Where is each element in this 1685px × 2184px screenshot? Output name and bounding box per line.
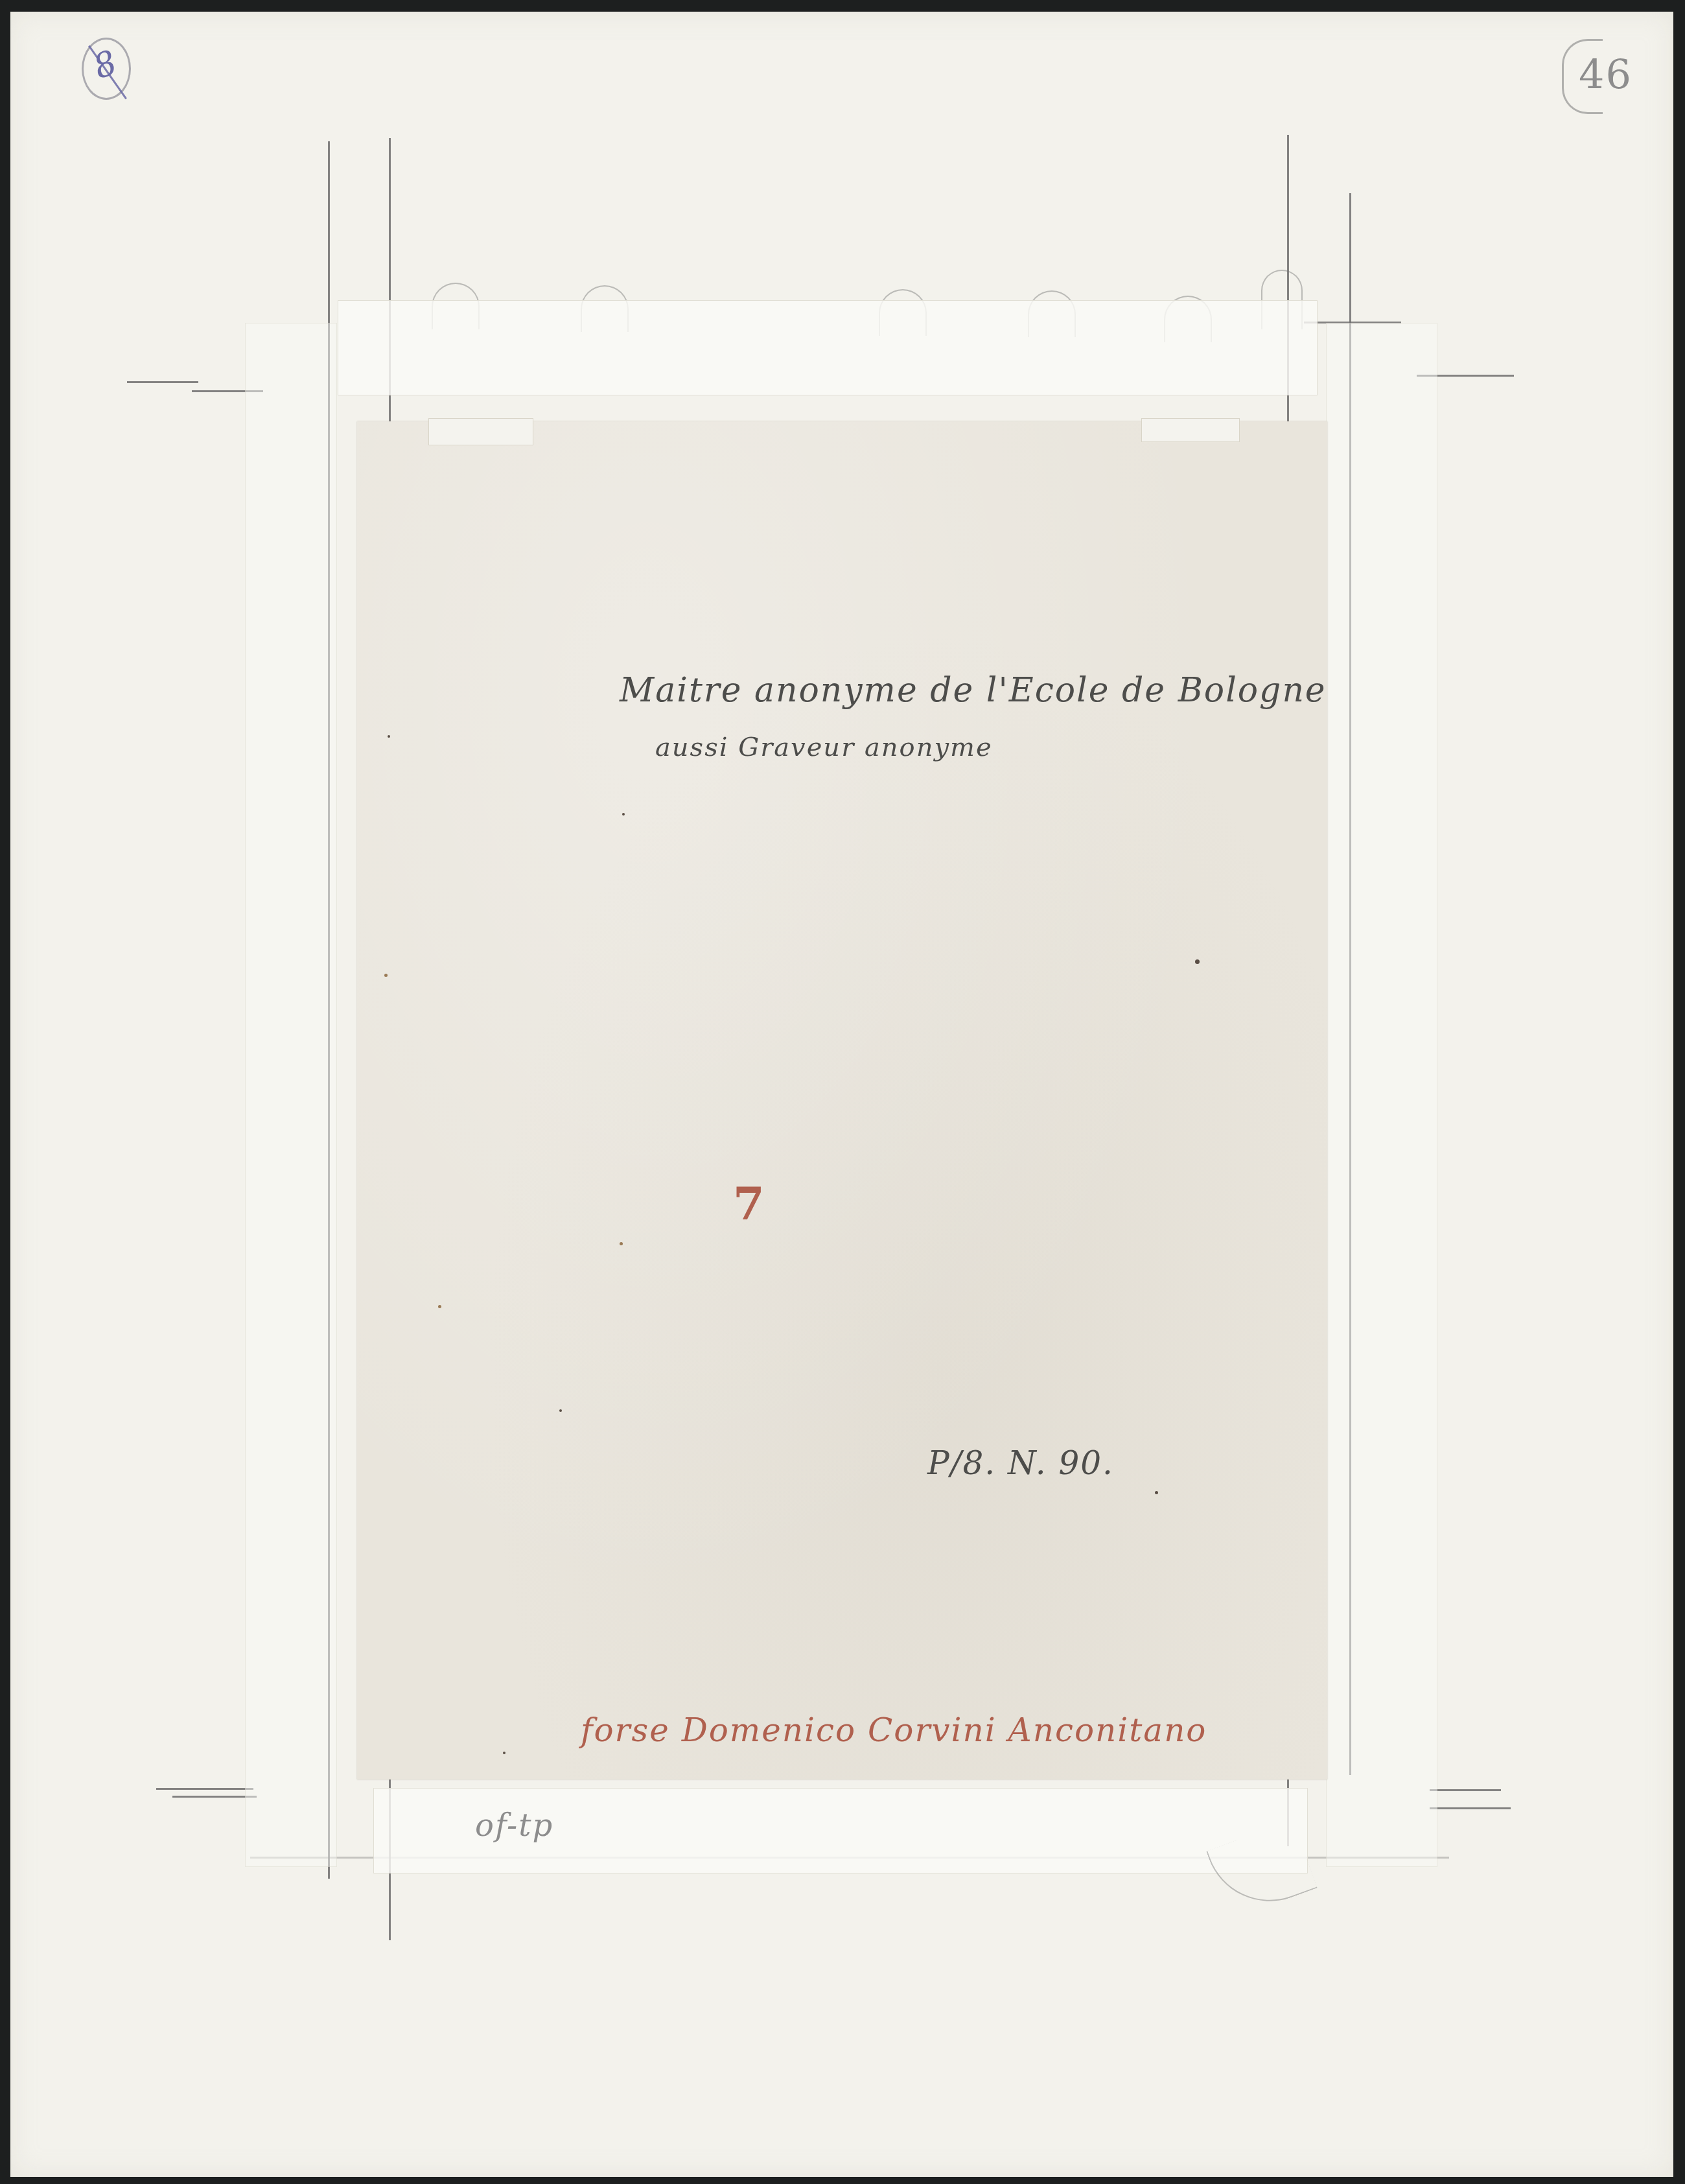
paper-tab-right bbox=[1141, 418, 1240, 442]
foxing-speck bbox=[620, 1242, 623, 1245]
foxing-speck bbox=[559, 1409, 562, 1412]
foxing-speck bbox=[1155, 1491, 1158, 1494]
hinge-tape-top-left bbox=[245, 323, 337, 1867]
foxing-speck bbox=[1195, 959, 1200, 964]
hinge-tape-top-right bbox=[1326, 323, 1437, 1867]
red-numeral: 7 bbox=[733, 1177, 766, 1230]
reference-number: P/8. N. 90. bbox=[927, 1444, 1114, 1482]
attribution-inscription: forse Domenico Corvini Anconitano bbox=[581, 1711, 1207, 1749]
paper-tab-left bbox=[428, 418, 533, 445]
foxing-speck bbox=[384, 974, 388, 977]
inscription-line-1: Maitre anonyme de l'Ecole de Bologne bbox=[620, 671, 1327, 710]
foxing-speck bbox=[438, 1305, 441, 1308]
foxing-speck bbox=[388, 735, 390, 738]
foxing-speck bbox=[503, 1752, 505, 1754]
hinge-tape-top bbox=[338, 300, 1318, 395]
print-sheet-verso: Maitre anonyme de l'Ecole de Bologne aus… bbox=[357, 421, 1327, 1779]
inscription-line-2: aussi Graveur anonyme bbox=[655, 733, 993, 762]
guide-line-bottom-left bbox=[156, 1788, 253, 1790]
guide-line-bottom-right bbox=[1430, 1789, 1501, 1791]
guide-line-top-left bbox=[127, 381, 198, 383]
page-number: 46 bbox=[1579, 51, 1633, 98]
guide-line-bottom-right-2 bbox=[1430, 1807, 1511, 1809]
foxing-speck bbox=[622, 813, 625, 816]
guide-line-bottom-left-2 bbox=[172, 1796, 257, 1798]
pencil-note-below: of-tp bbox=[475, 1807, 553, 1844]
mount-board: 8 46 Maitre anonyme de l'Ecole de Bologn… bbox=[10, 12, 1673, 2177]
